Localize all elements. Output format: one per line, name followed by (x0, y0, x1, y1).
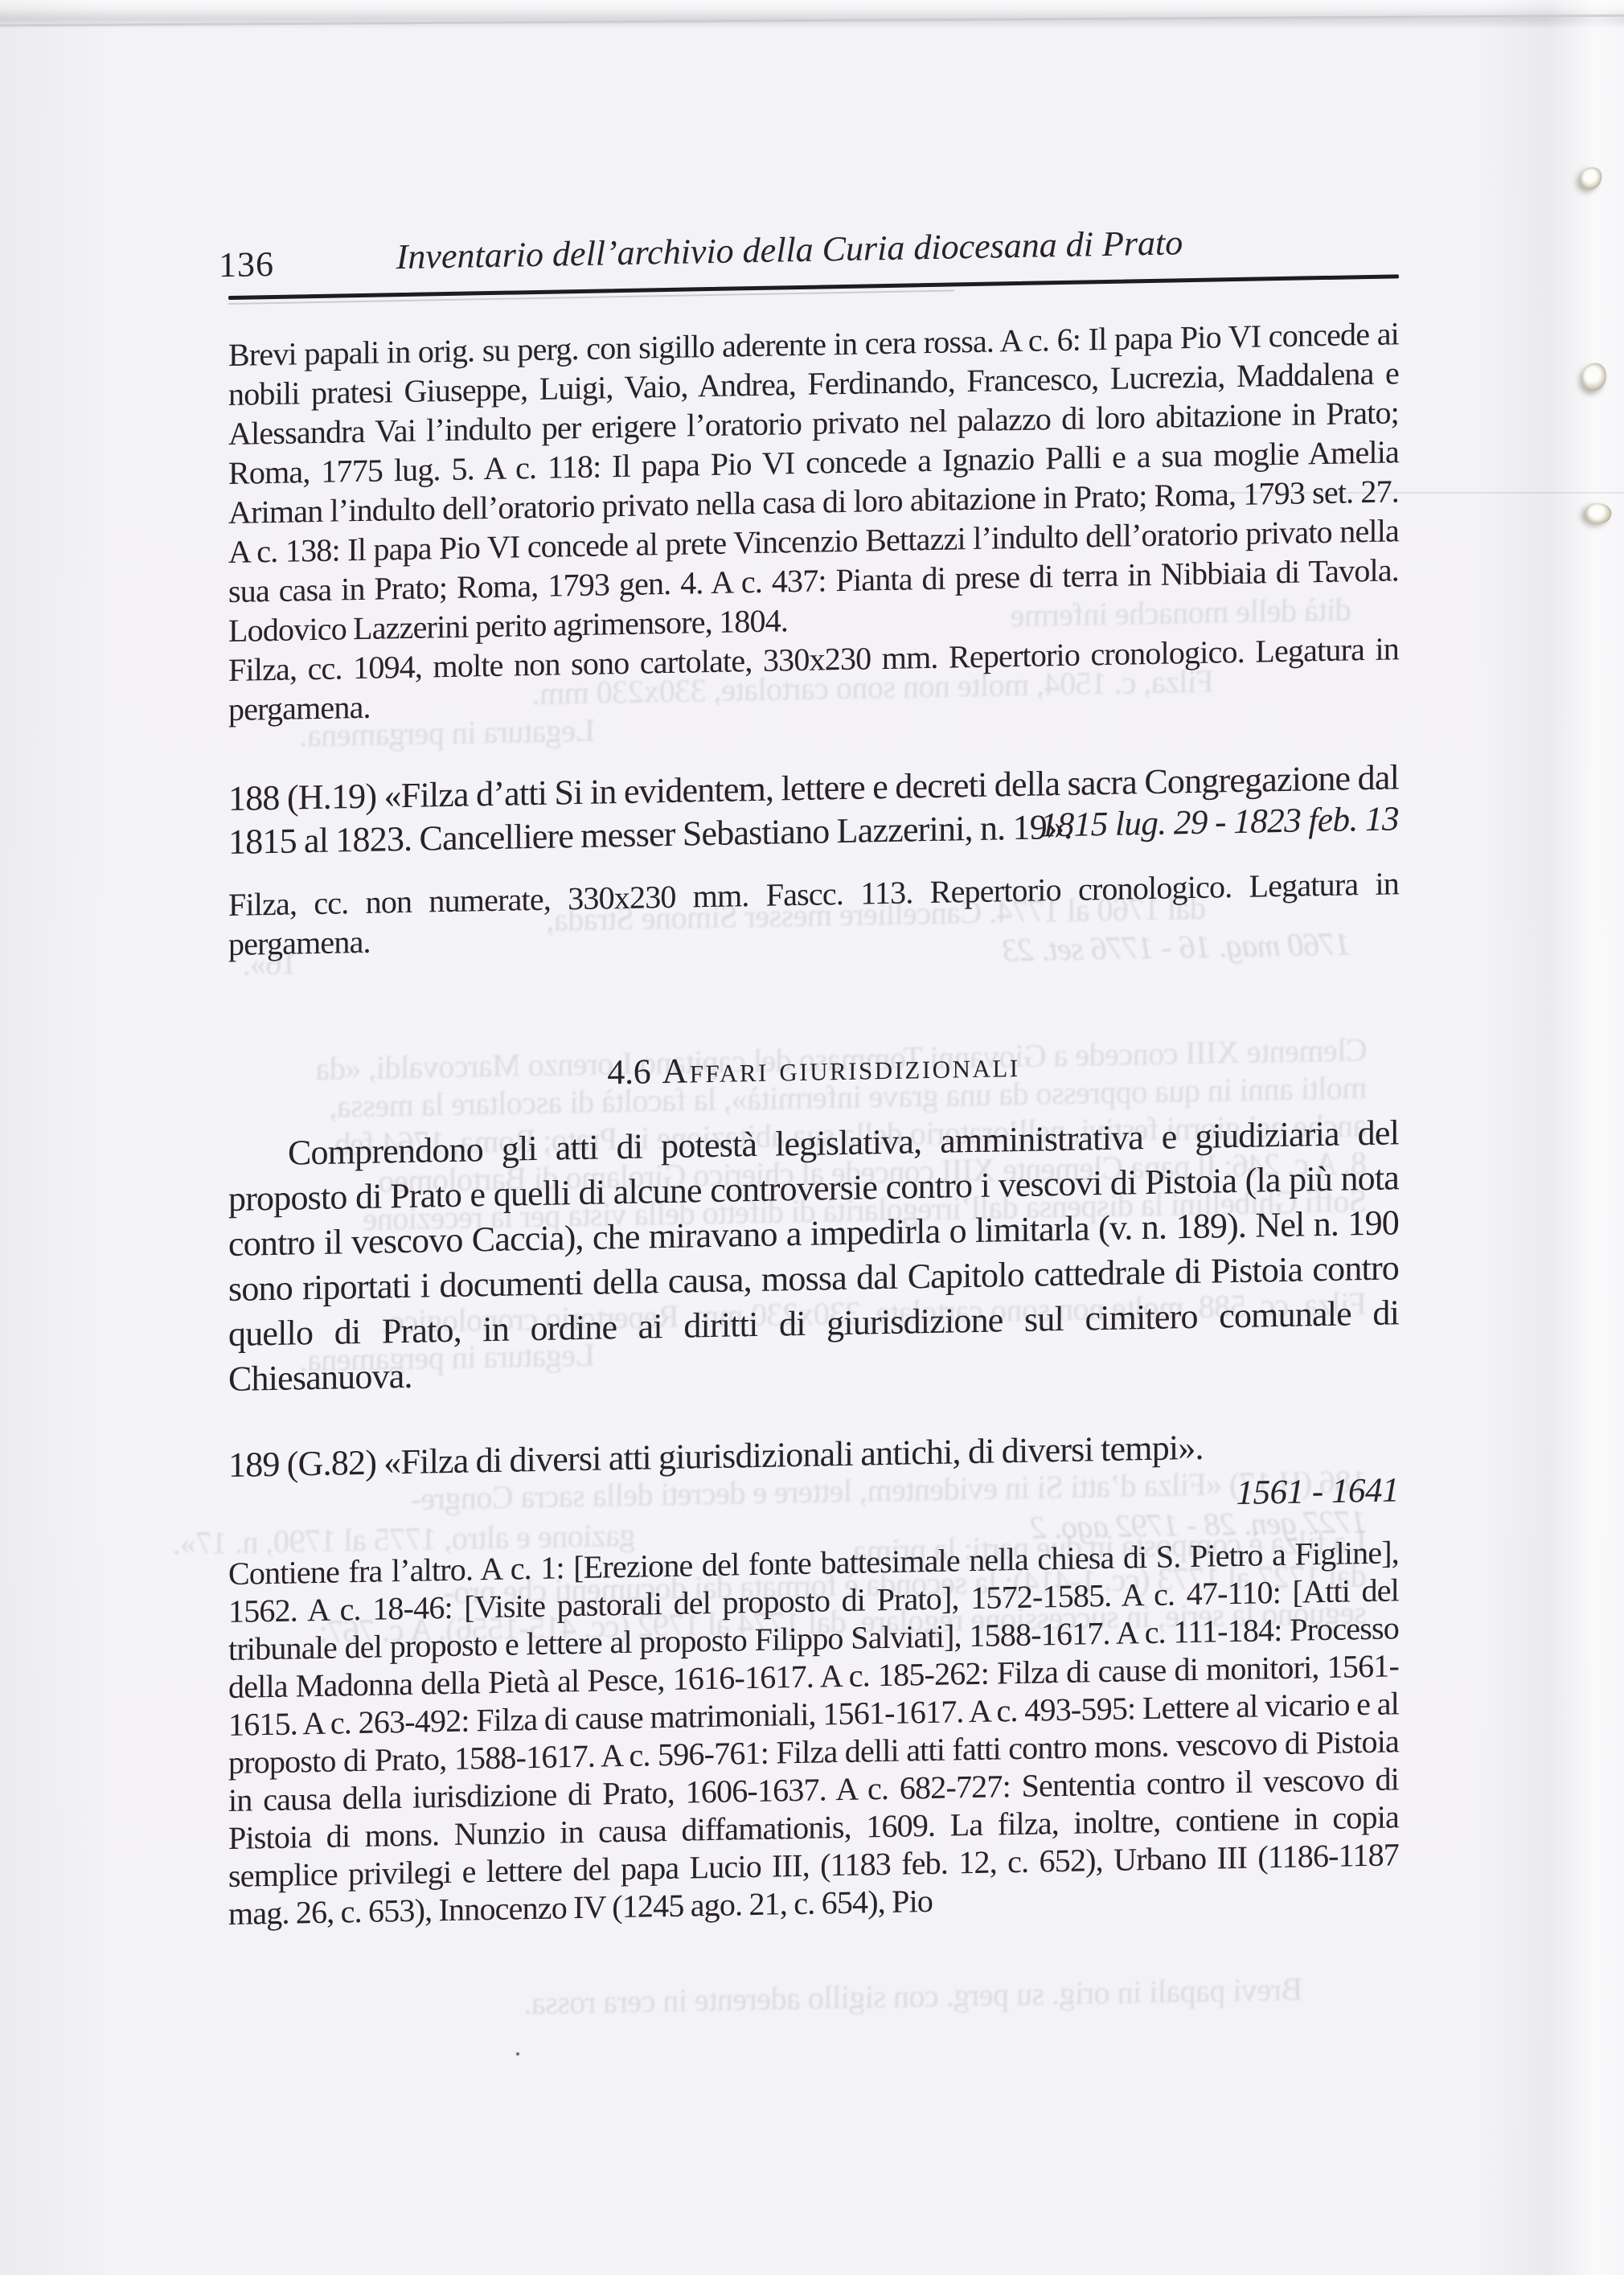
page-content: dità delle monache inferme Filza, c. 150… (228, 218, 1399, 1933)
entry-188-date-range: 1815 lug. 29 - 1823 feb. 13 (1040, 797, 1399, 847)
paragraph-brevi-papali: Brevi papali in orig. su perg. con sigil… (228, 314, 1399, 650)
binding-hole (1583, 501, 1613, 527)
entry-189-description: Contiene fra l’altro. A c. 1: [Erezione … (228, 1533, 1399, 1933)
bleedthrough-text: Brevi papali in orig. su perg. con sigil… (524, 1970, 1302, 2023)
entry-189: 189 (G.82) «Filza di diversi atti giuris… (228, 1422, 1399, 1933)
ink-speck (516, 2052, 519, 2056)
section-number: 4.6 (607, 1051, 650, 1092)
entry-188: 188 (H.19) «Filza d’atti Si in evidentem… (228, 756, 1399, 964)
section-title: Affari giurisdizionali (662, 1045, 1020, 1091)
running-header: 136 Inventario dell’archivio della Curia… (228, 218, 1399, 286)
running-title: Inventario dell’archivio della Curia dio… (228, 219, 1351, 281)
binding-hole (1579, 166, 1603, 191)
section-intro-paragraph: Comprendono gli atti di potestà legislat… (228, 1110, 1399, 1402)
scan-page-edge (0, 14, 1624, 27)
binding-hole (1581, 363, 1607, 392)
entry-188-heading: 188 (H.19) «Filza d’atti Si in evidentem… (228, 756, 1399, 864)
scanned-book-page: dità delle monache inferme Filza, c. 150… (0, 0, 1624, 2275)
